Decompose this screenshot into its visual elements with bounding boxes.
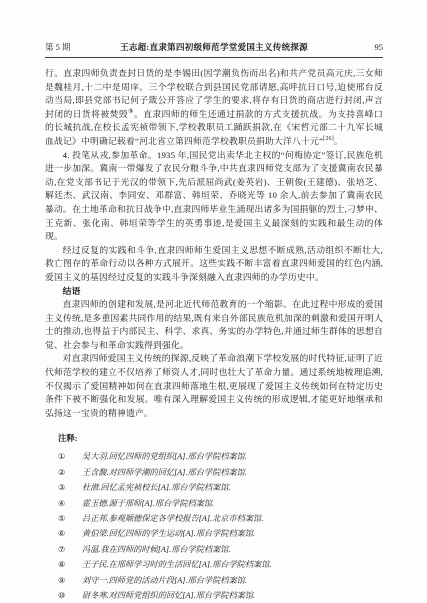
note-number: ① <box>58 449 71 464</box>
note-number: ⑥ <box>58 526 71 541</box>
conclusion-paragraph-2: 对直隶四师爱国主义传统的探源,反映了革命浪潮下学校发展的时代特征,证明了近代师范… <box>45 352 383 420</box>
page-header: 第 5 期 王志超:直隶第四初级师范学堂爱国主义传统探源 95 <box>45 42 383 57</box>
header-divider <box>45 57 383 58</box>
conclusion-heading: 结语 <box>45 285 383 299</box>
note-item: ⑦ 冯温.我在四师的时候[A].邢台学院档案馆. <box>45 542 383 557</box>
note-item: ① 吴大羽.回忆四师的党组织[A].邢台学院档案馆. <box>45 449 383 464</box>
note-item: ④ 霍玉德.源于邢师[A].邢台学院档案馆. <box>45 496 383 511</box>
note-number: ⑤ <box>58 511 71 526</box>
paragraph-text: 。 <box>334 136 343 146</box>
note-number: ⑨ <box>58 573 71 588</box>
paragraph-item4: 4. 投笔从戎,参加革命。1935 年,国民党出卖华北主权的“何梅协定”签订,民… <box>45 149 383 244</box>
note-item: ⑨ 刘守一.四师党的活动片段[A].邢台学院档案馆. <box>45 573 383 588</box>
note-text: 刘守一.四师党的活动片段[A].邢台学院档案馆. <box>82 573 383 588</box>
note-item: ⑩ 尉冬寒.对四师党组织的回忆[A].邢台学院档案馆. <box>45 588 383 603</box>
paragraph-summary: 经过反复的实践和斗争,直隶四师师生爱国主义思想不断成熟,活动组织不断壮大,救亡图… <box>45 244 383 285</box>
note-text: 杜潜.回忆孟宪祯校长[A].邢台学院档案馆. <box>82 480 383 495</box>
notes-section: 注释: ① 吴大羽.回忆四师的党组织[A].邢台学院档案馆. ② 王含馥.对四师… <box>45 433 383 603</box>
citation-superscript: [26] <box>323 136 334 142</box>
note-item: ⑥ 黄伯梁.回忆四师的学生运动[A].邢台学院档案馆. <box>45 526 383 541</box>
note-item: ⑧ 王子民.在邢师学习时的生活回忆[A].邢台学院档案馆. <box>45 557 383 572</box>
running-title: 王志超:直隶第四初级师范学堂爱国主义传统探源 <box>115 42 313 52</box>
note-item: ③ 杜潜.回忆孟宪祯校长[A].邢台学院档案馆. <box>45 480 383 495</box>
paragraph-continuation: 行。直隶四师负责查封日货的是李锡田(因学潮负伤而出名)和共产党员高元庆,三女师是… <box>45 67 383 149</box>
note-item: ② 王含馥.对四师学潮的回忆[A].邢台学院档案馆. <box>45 465 383 480</box>
note-number: ⑩ <box>58 588 71 603</box>
page-number: 95 <box>313 42 383 52</box>
note-number: ④ <box>58 496 71 511</box>
note-text: 吴大羽.回忆四师的党组织[A].邢台学院档案馆. <box>82 449 383 464</box>
conclusion-paragraph-1: 直隶四师的创建和发展,是河北近代师范教育的一个缩影。在此过程中形成的爱国主义传统… <box>45 298 383 352</box>
journal-issue: 第 5 期 <box>45 42 115 52</box>
paper-page: 第 5 期 王志超:直隶第四初级师范学堂爱国主义传统探源 95 行。直隶四师负责… <box>0 0 427 603</box>
note-text: 吕正邦.参观顺德保定各学校报告[A].北京市档案馆. <box>82 511 383 526</box>
note-number: ③ <box>58 480 71 495</box>
note-text: 王子民.在邢师学习时的生活回忆[A].邢台学院档案馆. <box>82 557 383 572</box>
note-number: ⑧ <box>58 557 71 572</box>
note-text: 冯温.我在四师的时候[A].邢台学院档案馆. <box>82 542 383 557</box>
note-text: 尉冬寒.对四师党组织的回忆[A].邢台学院档案馆. <box>82 588 383 603</box>
note-text: 黄伯梁.回忆四师的学生运动[A].邢台学院档案馆. <box>82 526 383 541</box>
note-number: ⑦ <box>58 542 71 557</box>
note-item: ⑤ 吕正邦.参观顺德保定各学校报告[A].北京市档案馆. <box>45 511 383 526</box>
note-number: ② <box>58 465 71 480</box>
note-text: 霍玉德.源于邢师[A].邢台学院档案馆. <box>82 496 383 511</box>
notes-heading: 注释: <box>45 433 383 445</box>
note-text: 王含馥.对四师学潮的回忆[A].邢台学院档案馆. <box>82 465 383 480</box>
article-body: 行。直隶四师负责查封日货的是李锡田(因学潮负伤而出名)和共产党员高元庆,三女师是… <box>45 67 383 420</box>
